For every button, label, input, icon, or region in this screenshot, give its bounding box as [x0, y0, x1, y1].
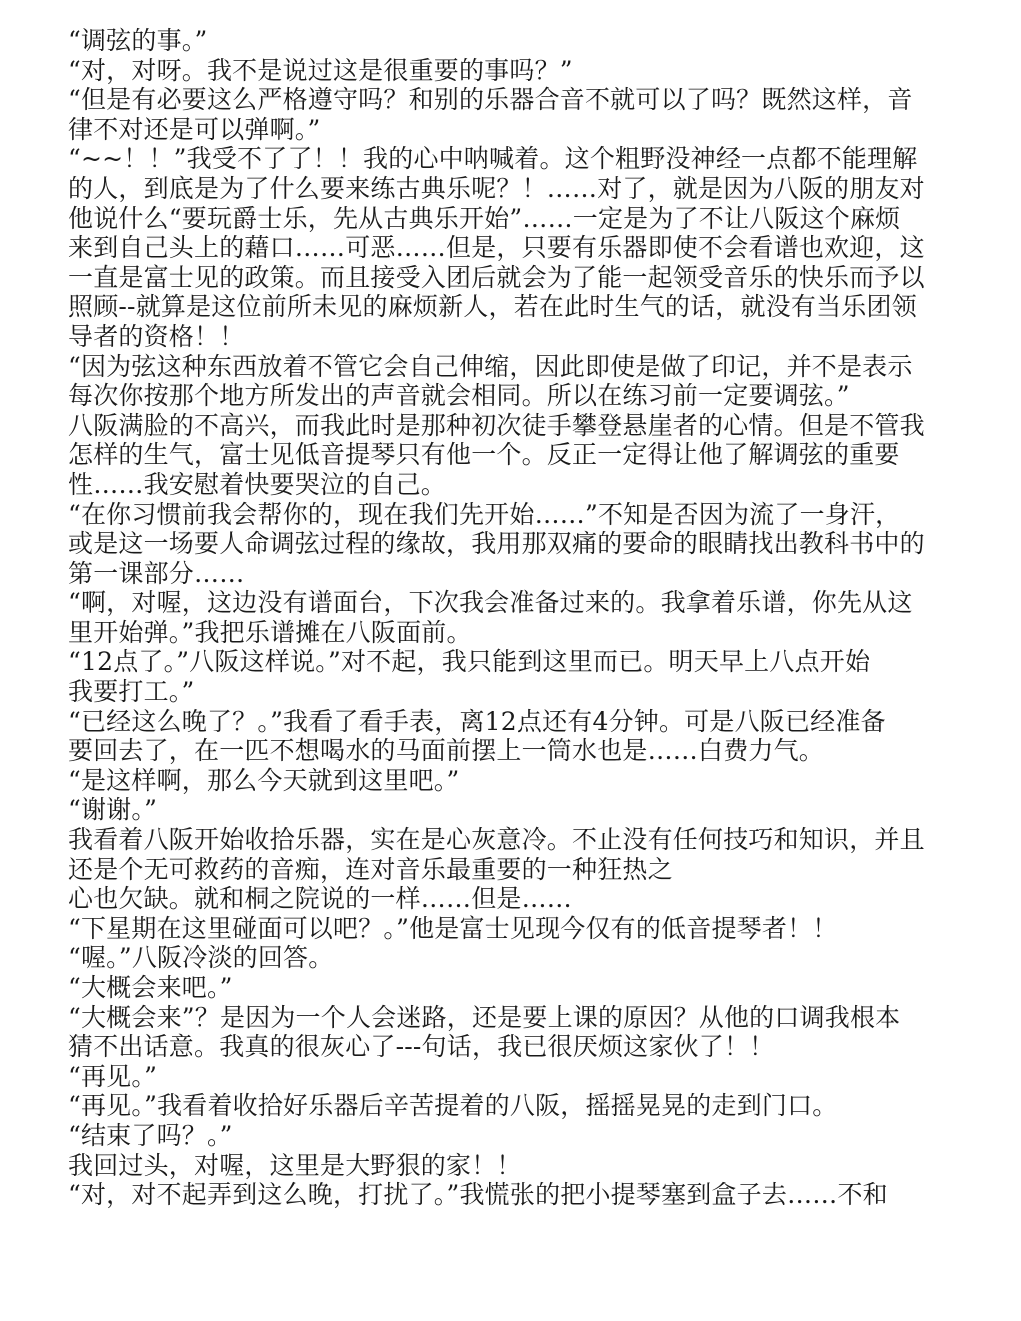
text-line: 他说什么“要玩爵士乐，先从古典乐开始”……一定是为了不让八阪这个麻烦 [68, 204, 958, 234]
text-line: 我看着八阪开始收拾乐器，实在是心灰意冷。不止没有任何技巧和知识，并且 [68, 825, 958, 855]
text-line: 猜不出话意。我真的很灰心了---句话，我已很厌烦这家伙了！！ [68, 1032, 958, 1062]
text-line: 律不对还是可以弹啊。” [68, 115, 958, 145]
text-line: 还是个无可救药的音痴，连对音乐最重要的一种狂热之 [68, 855, 958, 885]
text-line: “已经这么晚了？。”我看了看手表，离12点还有4分钟。可是八阪已经准备 [68, 707, 958, 737]
text-line: 性……我安慰着快要哭泣的自己。 [68, 470, 958, 500]
text-line: 八阪满脸的不高兴，而我此时是那种初次徒手攀登悬崖者的心情。但是不管我 [68, 411, 958, 441]
text-line: 导者的资格！！ [68, 322, 958, 352]
text-line: 我要打工。” [68, 677, 958, 707]
text-line: “12点了。”八阪这样说。”对不起，我只能到这里而已。明天早上八点开始 [68, 647, 958, 677]
text-line: “结束了吗？。” [68, 1121, 958, 1151]
text-line: “在你习惯前我会帮你的，现在我们先开始……”不知是否因为流了一身汗， [68, 500, 958, 530]
text-line: 怎样的生气，富士见低音提琴只有他一个。反正一定得让他了解调弦的重要 [68, 440, 958, 470]
text-line: “但是有必要这么严格遵守吗？和别的乐器合音不就可以了吗？既然这样，音 [68, 85, 958, 115]
text-line: 第一课部分…… [68, 559, 958, 589]
text-line: 我回过头，对喔，这里是大野狠的家！！ [68, 1151, 958, 1181]
text-line: “再见。” [68, 1062, 958, 1092]
text-line: “谢谢。” [68, 795, 958, 825]
text-line: 一直是富士见的政策。而且接受入团后就会为了能一起领受音乐的快乐而予以 [68, 263, 958, 293]
text-line: “喔。”八阪冷淡的回答。 [68, 943, 958, 973]
text-line: 要回去了，在一匹不想喝水的马面前摆上一筒水也是……白费力气。 [68, 736, 958, 766]
text-line: “啊，对喔，这边没有谱面台，下次我会准备过来的。我拿着乐谱，你先从这 [68, 588, 958, 618]
text-line: “对，对不起弄到这么晚，打扰了。”我慌张的把小提琴塞到盒子去……不和 [68, 1180, 958, 1210]
text-line: “~~！！”我受不了了！！我的心中呐喊着。这个粗野没神经一点都不能理解 [68, 144, 958, 174]
text-line: 的人，到底是为了什么要来练古典乐呢？！……对了，就是因为八阪的朋友对 [68, 174, 958, 204]
text-line: “再见。”我看着收拾好乐器后辛苦提着的八阪，摇摇晃晃的走到门口。 [68, 1091, 958, 1121]
text-line: “因为弦这种东西放着不管它会自己伸缩，因此即使是做了印记，并不是表示 [68, 352, 958, 382]
text-line: “对，对呀。我不是说过这是很重要的事吗？” [68, 56, 958, 86]
document-page: “调弦的事。” “对，对呀。我不是说过这是很重要的事吗？” “但是有必要这么严格… [68, 26, 958, 1210]
text-line: 每次你按那个地方所发出的声音就会相同。所以在练习前一定要调弦。” [68, 381, 958, 411]
text-line: “大概会来”？是因为一个人会迷路，还是要上课的原因？从他的口调我根本 [68, 1003, 958, 1033]
text-line: “是这样啊，那么今天就到这里吧。” [68, 766, 958, 796]
text-line: 心也欠缺。就和桐之院说的一样……但是…… [68, 884, 958, 914]
text-line: 照顾--就算是这位前所未见的麻烦新人，若在此时生气的话，就没有当乐团领 [68, 292, 958, 322]
text-line: “大概会来吧。” [68, 973, 958, 1003]
text-line: 或是这一场要人命调弦过程的缘故，我用那双痛的要命的眼睛找出教科书中的 [68, 529, 958, 559]
text-line: 里开始弹。”我把乐谱摊在八阪面前。 [68, 618, 958, 648]
text-line: 来到自己头上的藉口……可恶……但是，只要有乐器即使不会看谱也欢迎，这 [68, 233, 958, 263]
text-line: “调弦的事。” [68, 26, 958, 56]
text-line: “下星期在这里碰面可以吧？。”他是富士见现今仅有的低音提琴者！！ [68, 914, 958, 944]
